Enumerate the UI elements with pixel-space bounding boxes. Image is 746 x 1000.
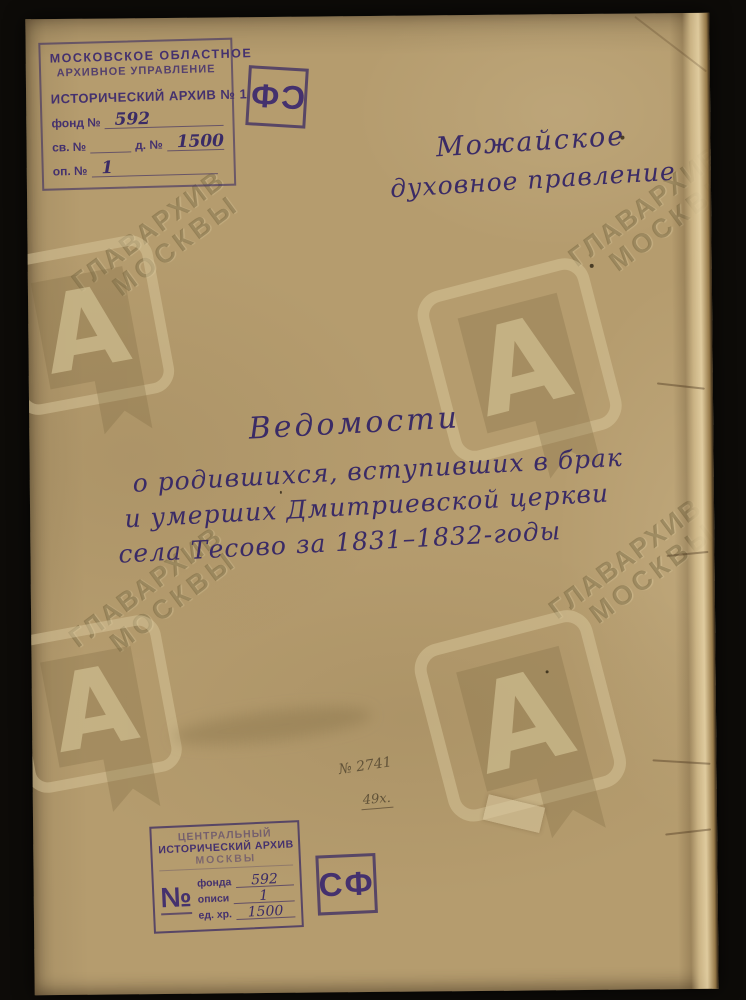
opis-value: 1 <box>233 888 295 904</box>
pencil-year-note: 49х. <box>360 791 393 810</box>
opis-label: оп. № <box>53 164 88 179</box>
opis-label: описи <box>198 892 230 905</box>
stamp-fields: № фонда 592 описи 1 ед. хр. 1500 <box>159 869 295 923</box>
paper-speck <box>280 491 282 494</box>
stamp-archive-line: ИСТОРИЧЕСКИЙ АРХИВ № 1 <box>51 87 223 107</box>
paper-speck <box>620 136 624 140</box>
fond-value: 592 <box>235 872 294 888</box>
delo-value: 1500 <box>167 134 225 152</box>
ed-khr-row: ед. хр. 1500 <box>198 904 295 921</box>
handwritten-title: Ведомости о родившихся, вступивших в бра… <box>111 389 683 569</box>
sf-stamp-mirrored: СФ <box>245 65 309 129</box>
fond-row: фонда 592 <box>197 872 294 889</box>
delo-label: д. № <box>135 138 163 153</box>
fond-label: фонд № <box>51 115 101 130</box>
glavarkhiv-logo-watermark-icon: А <box>395 591 658 891</box>
opis-value: 1 <box>91 158 217 177</box>
torn-page-edge <box>669 13 718 989</box>
number-sign: № <box>160 882 193 915</box>
pencil-number-note: № 2741 <box>338 754 393 778</box>
svyazka-blank-line <box>90 137 131 153</box>
sf-stamp-letters: СФ <box>318 864 376 904</box>
opis-row: оп. № 1 <box>53 158 225 179</box>
sf-stamp-letters: СФ <box>248 76 306 117</box>
fond-row: фонд № 592 <box>51 110 223 131</box>
moscow-oblast-archive-stamp: МОСКОВСКОЕ ОБЛАСТНОЕ АРХИВНОЕ УПРАВЛЕНИЕ… <box>38 38 236 191</box>
erased-writing-smudge <box>171 700 373 753</box>
archive-scan-background: ГЛАВАРХИВ МОСКВЫ ГЛАВАРХИВ МОСКВЫ ГЛАВАР… <box>0 0 746 1000</box>
svyazka-delo-row: св. № д. № 1500 <box>52 134 224 155</box>
paper-speck <box>590 264 594 268</box>
stamp-field-rows: фонда 592 описи 1 ед. хр. 1500 <box>197 869 296 921</box>
fond-value: 592 <box>104 110 223 129</box>
logo-letter: А <box>458 641 586 803</box>
glavarkhiv-logo-watermark-icon: А <box>25 600 205 851</box>
svyazka-label: св. № <box>52 140 86 155</box>
ed-khr-value: 1500 <box>236 904 296 920</box>
paper-speck <box>546 670 549 673</box>
ed-khr-label: ед. хр. <box>198 908 232 921</box>
sf-stamp: СФ <box>315 853 378 916</box>
stamp-org-line: АРХИВНОЕ УПРАВЛЕНИЕ <box>50 63 222 80</box>
fond-label: фонда <box>197 876 232 890</box>
tsiam-archive-stamp: ЦЕНТРАЛЬНЫЙ ИСТОРИЧЕСКИЙ АРХИВ МОСКВЫ № … <box>149 820 304 934</box>
folder-cover-paper: ГЛАВАРХИВ МОСКВЫ ГЛАВАРХИВ МОСКВЫ ГЛАВАР… <box>25 13 718 996</box>
